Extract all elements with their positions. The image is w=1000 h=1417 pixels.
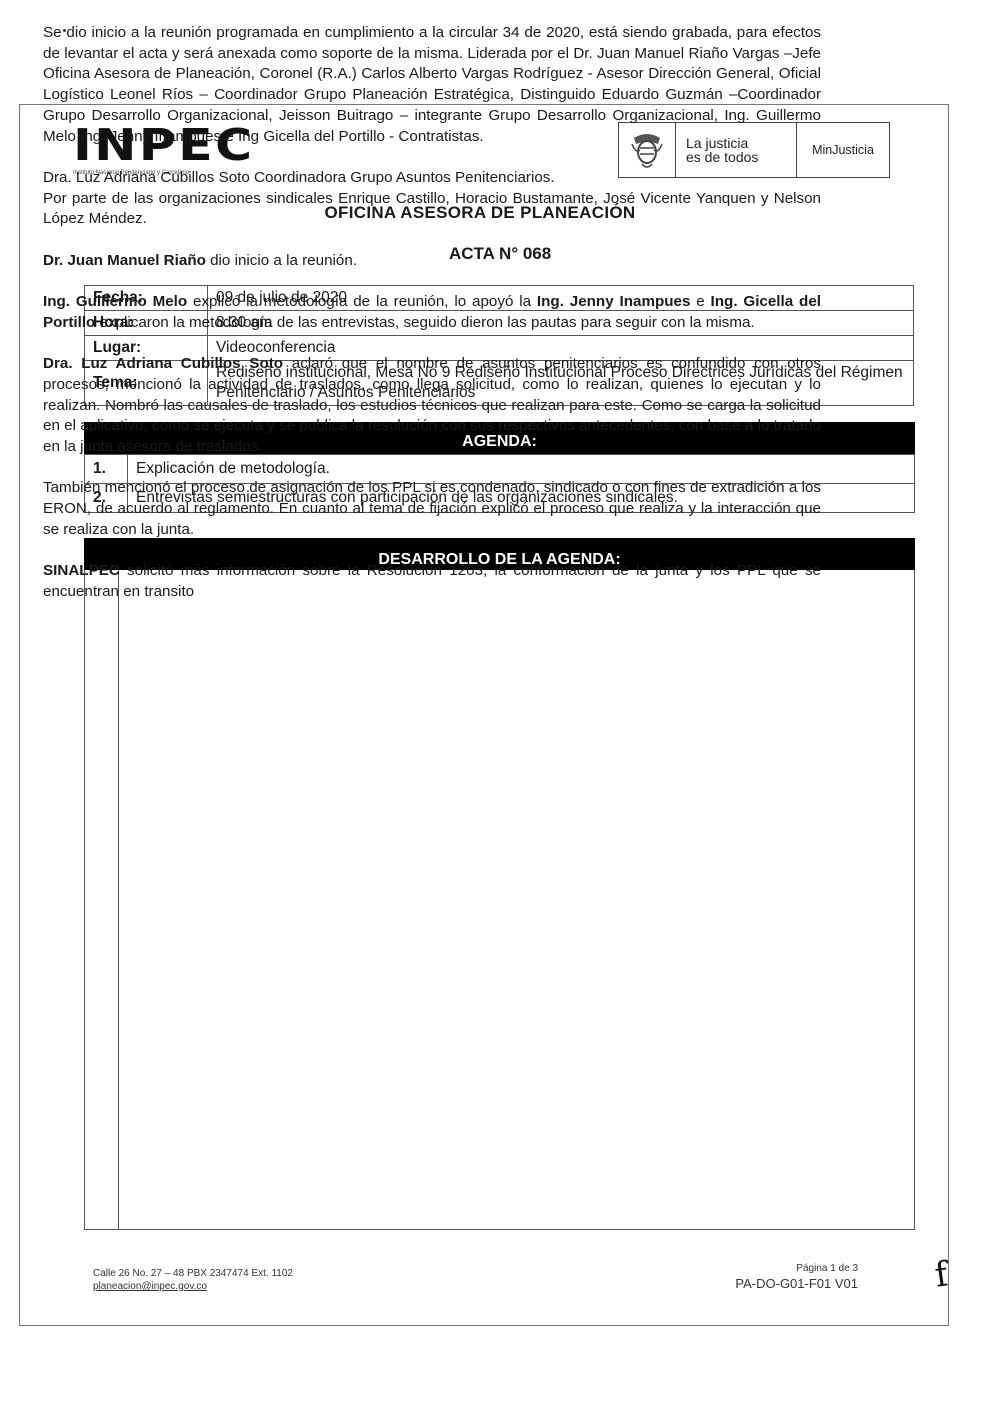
paragraph-text: explicaron la metodología de las entrevi… bbox=[95, 314, 754, 331]
paragraph-methodology: Ing. Guillermo Melo explicó la metodolog… bbox=[43, 292, 821, 333]
development-box bbox=[84, 570, 915, 1230]
speaker-name: Ing. Guillermo Melo bbox=[43, 293, 187, 310]
speaker-name: SINALPEC bbox=[43, 562, 120, 579]
page-number: Página 1 de 3 bbox=[735, 1262, 858, 1275]
paragraph-attendees: Se dio inicio a la reunión programada en… bbox=[43, 23, 821, 147]
paragraph-opening: Dr. Juan Manuel Riaño dio inicio a la re… bbox=[43, 251, 821, 272]
paragraph-unions: Por parte de las organizaciones sindical… bbox=[43, 189, 821, 230]
speaker-name: Dr. Juan Manuel Riaño bbox=[43, 252, 206, 269]
speaker-name: Ing. Jenny Inampues bbox=[537, 293, 690, 310]
paragraph-transfers: Dra. Luz Adriana Cubillos Soto aclaró qu… bbox=[43, 354, 821, 458]
paragraph-coordinator: Dra. Luz Adriana Cubillos Soto Coordinad… bbox=[43, 168, 821, 189]
development-text: Se dio inicio a la reunión programada en… bbox=[43, 23, 821, 603]
speaker-name: Dra. Luz Adriana Cubillos Soto bbox=[43, 355, 283, 372]
paragraph-sinalpec: SINALPEC solicitó más información sobre … bbox=[43, 561, 821, 602]
document-code: PA-DO-G01-F01 V01 bbox=[735, 1275, 858, 1293]
footer-contact: Calle 26 No. 27 – 48 PBX 2347474 Ext. 11… bbox=[93, 1267, 293, 1293]
paragraph-text: explicó la metodología de la reunión, lo… bbox=[187, 293, 537, 310]
footer-page-info: Página 1 de 3 PA-DO-G01-F01 V01 bbox=[735, 1262, 858, 1293]
paragraph-text: e bbox=[690, 293, 710, 310]
footer-address: Calle 26 No. 27 – 48 PBX 2347474 Ext. 11… bbox=[93, 1267, 293, 1280]
footer-email-link[interactable]: planeacion@inpec.gov.co bbox=[93, 1281, 207, 1292]
paragraph-assignment: También mencionó el proceso de asignació… bbox=[43, 478, 821, 540]
paragraph-text: dio inicio a la reunión. bbox=[206, 252, 357, 269]
development-inner-column bbox=[118, 570, 914, 1229]
paragraph-text: solicitó más información sobre la Resolu… bbox=[43, 562, 821, 600]
